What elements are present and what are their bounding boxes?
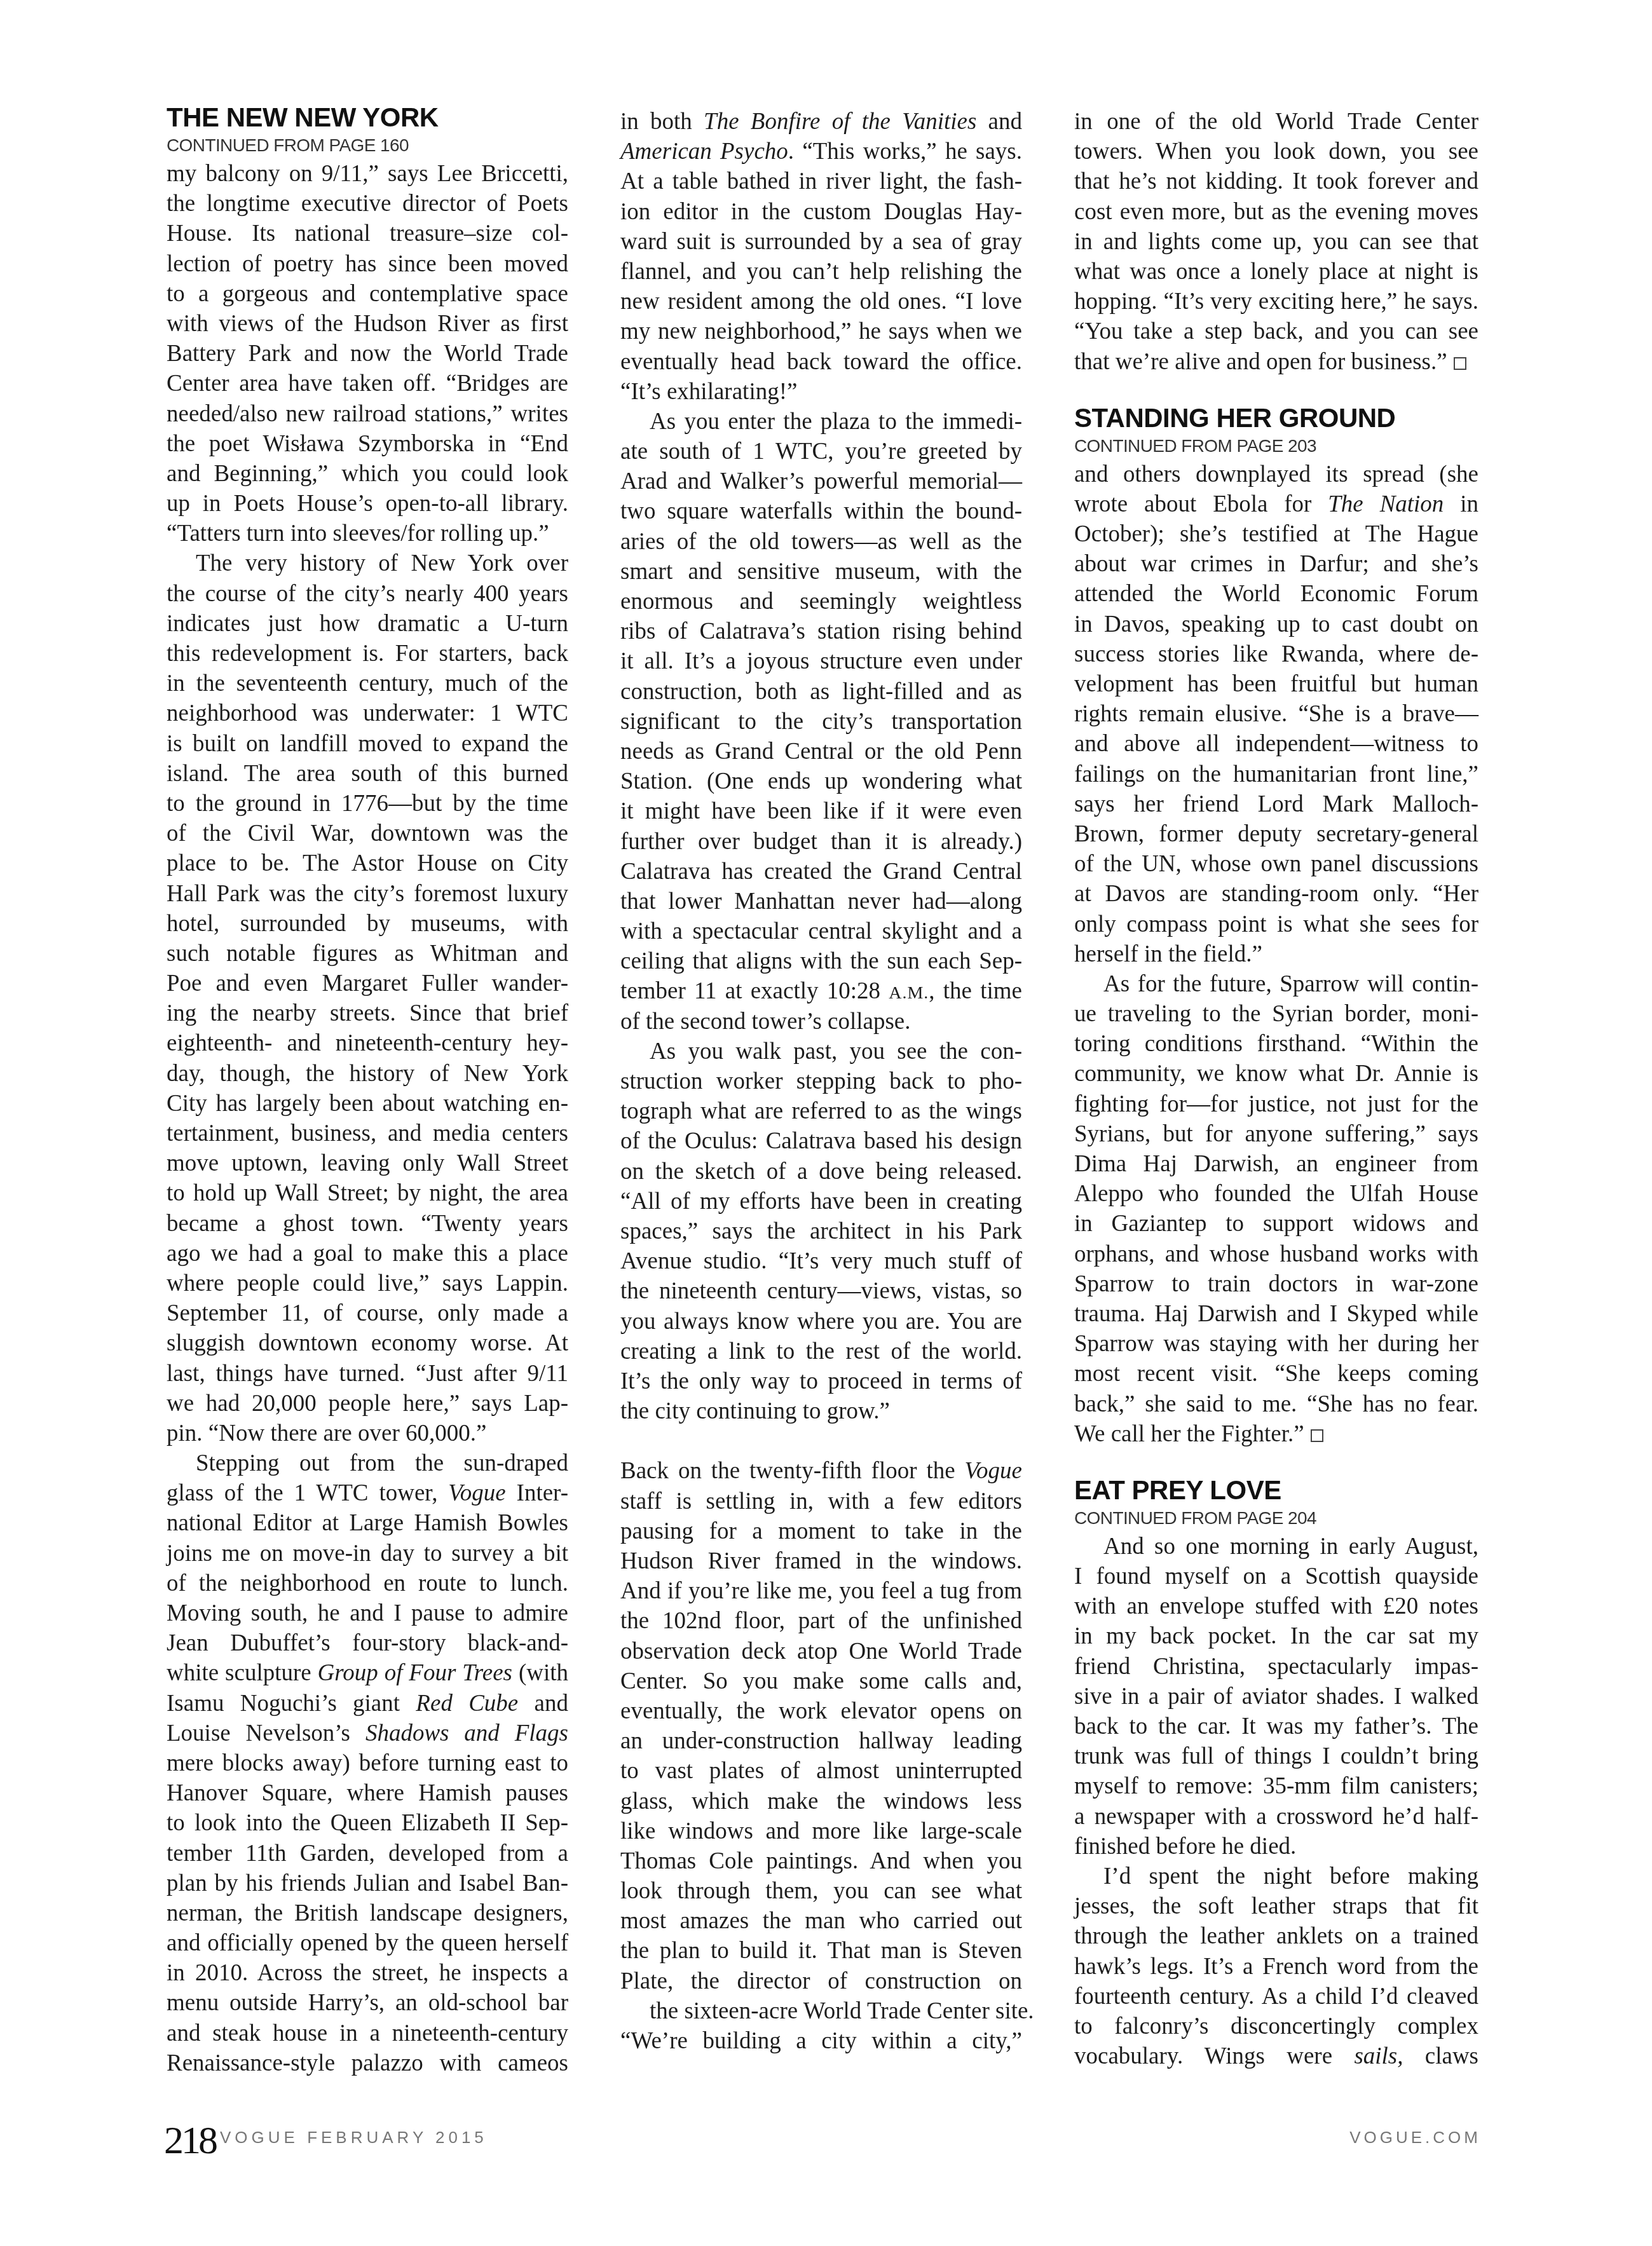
text-line: needed/also new railroad stations,” writ… xyxy=(167,399,568,429)
text-line: back,” she said to me. “She has no fear. xyxy=(1074,1389,1478,1419)
end-of-article-icon xyxy=(1454,357,1466,370)
text-line: an under-construction hallway leading xyxy=(620,1726,1022,1756)
text-line: the 102nd floor, part of the unfinished xyxy=(620,1606,1022,1636)
text-line: to falconry’s disconcertingly complex xyxy=(1074,2011,1478,2041)
text-line: “It’s exhilarating!” xyxy=(620,377,1022,407)
section-title-standing-her-ground: STANDING HER GROUND xyxy=(1074,402,1478,434)
text-line: pin. “Now there are over 60,000.” xyxy=(167,1419,568,1448)
text-line: Stepping out from the sun-draped xyxy=(167,1448,568,1478)
text-line: ago we had a goal to make this a place xyxy=(167,1239,568,1269)
text-line: Center area have taken off. “Bridges are xyxy=(167,369,568,398)
text-line: of the second tower’s collapse. xyxy=(620,1007,1022,1037)
text-line: the city continuing to grow.” xyxy=(620,1396,1022,1426)
text-line: to hold up Wall Street; by night, the ar… xyxy=(167,1178,568,1208)
text-line: says her friend Lord Mark Malloch- xyxy=(1074,789,1478,819)
text-line: towers. When you look down, you see xyxy=(1074,137,1478,167)
text-line: and above all independent—witness to xyxy=(1074,729,1478,759)
text-line: Sparrow was staying with her during her xyxy=(1074,1329,1478,1359)
text-line: neighborhood was underwater: 1 WTC xyxy=(167,698,568,728)
text-line: look through them, you can see what xyxy=(620,1876,1022,1906)
text-line: two square waterfalls within the bound- xyxy=(620,496,1022,526)
text-line: new resident among the old ones. “I love xyxy=(620,287,1022,316)
italic-title: American Psycho xyxy=(620,139,788,165)
text-line: national Editor at Large Hamish Bowles xyxy=(167,1508,568,1538)
text-line: Sparrow to train doctors in war-zone xyxy=(1074,1269,1478,1299)
section-break xyxy=(1074,1449,1478,1474)
text-line: needs as Grand Central or the old Penn xyxy=(620,737,1022,766)
text-line: ribs of Calatrava’s station rising behin… xyxy=(620,616,1022,646)
text-line: tember 11 at exactly 10:28 A.M., the tim… xyxy=(620,976,1022,1006)
text-line: of the neighborhood en route to lunch. xyxy=(167,1569,568,1598)
text-line: sluggish downtown economy worse. At xyxy=(167,1328,568,1358)
section-title-new-new-york: THE NEW NEW YORK xyxy=(167,102,568,133)
text-line: staff is settling in, with a few editors xyxy=(620,1487,1022,1516)
text-line: Renaissance-style palazzo with cameos xyxy=(167,2048,568,2078)
text-line: cost even more, but as the evening moves xyxy=(1074,197,1478,227)
text-line: my new neighborhood,” he says when we xyxy=(620,316,1022,346)
text-line: up in Poets House’s open-to-all library. xyxy=(167,489,568,519)
text-line: aries of the old towers—as well as the xyxy=(620,527,1022,557)
text-line: vocabulary. Wings were sails, claws xyxy=(1074,2041,1478,2071)
text-line: I’d spent the night before making xyxy=(1074,1861,1478,1891)
text-line: in both The Bonfire of the Vanities and xyxy=(620,107,1022,137)
text-line: Hall Park was the city’s foremost luxury xyxy=(167,879,568,909)
text-line: Moving south, he and I pause to admire xyxy=(167,1598,568,1628)
text-line: day, though, the history of New York xyxy=(167,1059,568,1089)
text-line: Hudson River framed in the windows. xyxy=(620,1546,1022,1576)
text-line: on the sketch of a dove being released. xyxy=(620,1157,1022,1187)
text-line: with an envelope stuffed with £20 notes xyxy=(1074,1591,1478,1621)
text-line: became a ghost town. “Twenty years xyxy=(167,1209,568,1239)
text-line: success stories like Rwanda, where de- xyxy=(1074,639,1478,669)
text-line: “Tatters turn into sleeves/for rolling u… xyxy=(167,519,568,548)
text-line: fighting for—for justice, not just for t… xyxy=(1074,1089,1478,1119)
text-line: plan by his friends Julian and Isabel Ba… xyxy=(167,1868,568,1898)
text-line: like windows and more like large-scale xyxy=(620,1816,1022,1846)
text-line: and others downplayed its spread (she xyxy=(1074,459,1478,489)
text-line: most recent visit. “She keeps coming xyxy=(1074,1359,1478,1389)
website-label: VOGUE.COM xyxy=(1349,2128,1481,2147)
text-line: my balcony on 9/11,” says Lee Briccetti, xyxy=(167,159,568,189)
text-line: pausing for a moment to take in the xyxy=(620,1516,1022,1546)
text-line: finished before he died. xyxy=(1074,1832,1478,1861)
text-line: smart and sensitive museum, with the xyxy=(620,557,1022,587)
text-line: ate south of 1 WTC, you’re greeted by xyxy=(620,437,1022,466)
column-2: in both The Bonfire of the Vanities and … xyxy=(620,107,1022,2056)
text-line: at Davos are standing-room only. “Her xyxy=(1074,879,1478,909)
text-line: about war crimes in Darfur; and she’s xyxy=(1074,549,1478,579)
text-line: white sculpture Group of Four Trees (wit… xyxy=(167,1658,568,1688)
text-line: glass of the 1 WTC tower, Vogue Inter- xyxy=(167,1478,568,1508)
text-line: Jean Dubuffet’s four-story black-and- xyxy=(167,1628,568,1658)
text-line: through the leather anklets on a trained xyxy=(1074,1921,1478,1951)
text-line: At a table bathed in river light, the fa… xyxy=(620,167,1022,196)
text-line: in and lights come up, you can see that xyxy=(1074,227,1478,257)
text-line: where people could live,” says Lappin. xyxy=(167,1269,568,1298)
italic-title: The Bonfire of the Vanities xyxy=(704,109,976,135)
text-line: tember 11th Garden, developed from a xyxy=(167,1839,568,1868)
text-line: I found myself on a Scottish quayside xyxy=(1074,1562,1478,1591)
italic-title: Vogue xyxy=(448,1480,505,1506)
text-line: attended the World Economic Forum xyxy=(1074,579,1478,609)
text-line: We call her the Fighter.” xyxy=(1074,1419,1478,1449)
text-line: failings on the humanitarian front line,… xyxy=(1074,759,1478,789)
text-line: friend Christina, spectacularly impas- xyxy=(1074,1652,1478,1682)
text-line: Plate, the director of construction on xyxy=(620,1966,1022,1996)
text-line: “We’re building a city within a city,” xyxy=(620,2026,1022,2056)
text-line: eventually head back toward the office. xyxy=(620,347,1022,377)
text-line: trunk was full of things I couldn’t brin… xyxy=(1074,1741,1478,1771)
italic-title: Shadows and Flags xyxy=(365,1720,568,1746)
text-line: City has largely been about watching en- xyxy=(167,1089,568,1119)
text-line: It’s the only way to proceed in terms of xyxy=(620,1366,1022,1396)
text-line: in one of the old World Trade Center xyxy=(1074,107,1478,137)
text-line: ing the nearby streets. Since that brief xyxy=(167,998,568,1028)
continued-from-label: CONTINUED FROM PAGE 203 xyxy=(1074,434,1478,458)
text-line: ceiling that aligns with the sun each Se… xyxy=(620,946,1022,976)
text-line: in the seventeenth century, much of the xyxy=(167,669,568,698)
text-line: And if you’re like me, you feel a tug fr… xyxy=(620,1576,1022,1606)
text-line: the longtime executive director of Poets xyxy=(167,189,568,219)
text-line: that we’re alive and open for business.” xyxy=(1074,347,1478,377)
text-line: this redevelopment is. For starters, bac… xyxy=(167,639,568,669)
text-line: that lower Manhattan never had—along xyxy=(620,887,1022,916)
text-line: lection of poetry has since been moved xyxy=(167,249,568,279)
text-line: Isamu Noguchi’s giant Red Cube and xyxy=(167,1689,568,1719)
text-line: toring conditions firsthand. “Within the xyxy=(1074,1029,1478,1059)
text-line: most amazes the man who carried out xyxy=(620,1906,1022,1936)
text-line: the plan to build it. That man is Steven xyxy=(620,1936,1022,1966)
text-line: to vast plates of almost uninterrupted xyxy=(620,1756,1022,1786)
text-line: Back on the twenty-fifth floor the Vogue xyxy=(620,1456,1022,1486)
text-line: and Beginning,” which you could look xyxy=(167,459,568,489)
text-line: in Gaziantep to support widows and xyxy=(1074,1209,1478,1239)
text-line: Hanover Square, where Hamish pauses xyxy=(167,1778,568,1808)
text-line: The very history of New York over xyxy=(167,548,568,578)
text-line: Station. (One ends up wondering what xyxy=(620,766,1022,796)
text-line: of the UN, whose own panel discussions xyxy=(1074,849,1478,879)
issue-label: VOGUE FEBRUARY 2015 xyxy=(220,2128,488,2147)
text-line: nerman, the British landscape designers, xyxy=(167,1898,568,1928)
text-line: wrote about Ebola for The Nation in xyxy=(1074,489,1478,519)
text-line: As you enter the plaza to the immedi- xyxy=(620,407,1022,437)
text-line: is built on landfill moved to expand the xyxy=(167,729,568,759)
text-line: in Davos, speaking up to cast doubt on xyxy=(1074,609,1478,639)
text-line: place to be. The Astor House on City xyxy=(167,848,568,878)
text-line: sive in a pair of aviator shades. I walk… xyxy=(1074,1682,1478,1712)
text-line: creating a link to the rest of the world… xyxy=(620,1337,1022,1366)
text-line: indicates just how dramatic a U-turn xyxy=(167,609,568,639)
text-line: island. The area south of this burned xyxy=(167,759,568,789)
text-line: Avenue studio. “It’s very much stuff of xyxy=(620,1246,1022,1276)
text-line: herself in the field.” xyxy=(1074,939,1478,969)
page-number: 218 xyxy=(164,2120,215,2161)
text-line: Arad and Walker’s powerful memorial— xyxy=(620,466,1022,496)
text-line: Aleppo who founded the Ulfah House xyxy=(1074,1179,1478,1209)
continued-from-label: CONTINUED FROM PAGE 204 xyxy=(1074,1506,1478,1530)
text-line: move uptown, leaving only Wall Street xyxy=(167,1148,568,1178)
text-line: with a spectacular central skylight and … xyxy=(620,916,1022,946)
section-break xyxy=(1074,377,1478,402)
text-line: you always know where you are. You are xyxy=(620,1307,1022,1337)
text-line: struction worker stepping back to pho- xyxy=(620,1066,1022,1096)
text-line: in my back pocket. In the car sat my xyxy=(1074,1621,1478,1651)
article-body-new-new-york: my balcony on 9/11,” says Lee Briccetti,… xyxy=(167,159,568,2078)
text-line: hopping. “It’s very exciting here,” he s… xyxy=(1074,287,1478,316)
text-line: orphans, and whose husband works with xyxy=(1074,1239,1478,1269)
text-line: last, things have turned. “Just after 9/… xyxy=(167,1359,568,1389)
text-line: tograph what are referred to as the wing… xyxy=(620,1096,1022,1126)
text-line: Brown, former deputy secretary-general xyxy=(1074,819,1478,849)
text-line: it all. It’s a joyous structure even und… xyxy=(620,646,1022,676)
text-line: the sixteen-acre World Trade Center site… xyxy=(620,1996,1022,2026)
text-line: ward suit is surrounded by a sea of gray xyxy=(620,227,1022,257)
text-line: we had 20,000 people here,” says Lap- xyxy=(167,1389,568,1419)
text-line: jesses, the soft leather straps that fit xyxy=(1074,1891,1478,1921)
text-line: construction, both as light-filled and a… xyxy=(620,677,1022,707)
text-line: flannel, and you can’t help relishing th… xyxy=(620,257,1022,287)
text-line: the poet Wisława Szymborska in “End xyxy=(167,429,568,459)
text-line: such notable figures as Whitman and xyxy=(167,939,568,969)
text-line: in 2010. Across the street, he inspects … xyxy=(167,1958,568,1988)
text-line: American Psycho. “This works,” he says. xyxy=(620,137,1022,167)
text-line: Calatrava has created the Grand Central xyxy=(620,857,1022,887)
text-line: to look into the Queen Elizabeth II Sep- xyxy=(167,1808,568,1838)
text-line: back to the car. It was my father’s. The xyxy=(1074,1712,1478,1741)
text-line: menu outside Harry’s, an old-school bar xyxy=(167,1988,568,2018)
page-footer: 218 VOGUE FEBRUARY 2015 VOGUE.COM xyxy=(164,2120,1481,2161)
text-line: velopment has been fruitful but human xyxy=(1074,669,1478,699)
text-line: Battery Park and now the World Trade xyxy=(167,339,568,369)
text-line: to the ground in 1776—but by the time xyxy=(167,789,568,819)
text-line: further over budget than it is already.) xyxy=(620,827,1022,857)
text-line: the course of the city’s nearly 400 year… xyxy=(167,579,568,609)
text-line: As for the future, Sparrow will contin- xyxy=(1074,969,1478,999)
text-line: trauma. Haj Darwish and I Skyped while xyxy=(1074,1299,1478,1329)
text-line: myself to remove: 35-mm film canisters; xyxy=(1074,1771,1478,1801)
column-3: in one of the old World Trade Center tow… xyxy=(1074,107,1478,2071)
italic-title: Vogue xyxy=(965,1458,1022,1484)
text-line: the nineteenth century—views, vistas, so xyxy=(620,1276,1022,1306)
text-line: Poe and even Margaret Fuller wander- xyxy=(167,969,568,998)
text-line: As you walk past, you see the con- xyxy=(620,1037,1022,1066)
text-line: hotel, surrounded by museums, with xyxy=(167,909,568,939)
continued-from-label: CONTINUED FROM PAGE 160 xyxy=(167,133,568,158)
text-line: Thomas Cole paintings. And when you xyxy=(620,1846,1022,1876)
text-line: hawk’s legs. It’s a French word from the xyxy=(1074,1952,1478,1982)
text-line: eighteenth- and nineteenth-century hey- xyxy=(167,1028,568,1058)
text-line: and steak house in a nineteenth-century xyxy=(167,2018,568,2048)
text-line: and officially opened by the queen herse… xyxy=(167,1928,568,1958)
text-line: House. Its national treasure–size col- xyxy=(167,219,568,248)
text-line: significant to the city’s transportation xyxy=(620,707,1022,737)
text-line: “All of my efforts have been in creating xyxy=(620,1187,1022,1216)
text-line: Center. So you make some calls and, xyxy=(620,1666,1022,1696)
text-line: ue traveling to the Syrian border, moni- xyxy=(1074,999,1478,1029)
text-line: with views of the Hudson River as first xyxy=(167,309,568,339)
text-line: And so one morning in early August, xyxy=(1074,1532,1478,1562)
text-line: ion editor in the custom Douglas Hay- xyxy=(620,197,1022,227)
text-line: fourteenth century. As a child I’d cleav… xyxy=(1074,1982,1478,2011)
text-line: to a gorgeous and contemplative space xyxy=(167,279,568,309)
text-line: Louise Nevelson’s Shadows and Flags xyxy=(167,1719,568,1748)
text-line: joins me on move-in day to survey a bit xyxy=(167,1539,568,1569)
text-line: mere blocks away) before turning east to xyxy=(167,1748,568,1778)
text-line: eventually, the work elevator opens on xyxy=(620,1696,1022,1726)
text-line: October); she’s testified at The Hague xyxy=(1074,519,1478,549)
text-line: what was once a lonely place at night is xyxy=(1074,257,1478,287)
italic-title: The Nation xyxy=(1328,491,1444,517)
text-line: community, we know what Dr. Annie is xyxy=(1074,1059,1478,1089)
italic-term: sails, xyxy=(1354,2043,1403,2069)
text-line: “You take a step back, and you can see xyxy=(1074,316,1478,346)
text-line: Dima Haj Darwish, an engineer from xyxy=(1074,1149,1478,1179)
text-line: of the Civil War, downtown was the xyxy=(167,819,568,848)
text-line: of the Oculus: Calatrava based his desig… xyxy=(620,1126,1022,1156)
text-line: enormous and seemingly weightless xyxy=(620,587,1022,616)
italic-title: Red Cube xyxy=(416,1691,518,1717)
text-line: a newspaper with a crossword he’d half- xyxy=(1074,1802,1478,1832)
text-line: glass, which make the windows less xyxy=(620,1787,1022,1816)
text-line: September 11, of course, only made a xyxy=(167,1298,568,1328)
text-line: Syrians, but for anyone suffering,” says xyxy=(1074,1119,1478,1149)
end-of-article-icon xyxy=(1311,1429,1323,1442)
section-break xyxy=(620,1426,1022,1456)
text-line: rights remain elusive. “She is a brave— xyxy=(1074,699,1478,729)
text-line: that he’s not kidding. It took forever a… xyxy=(1074,167,1478,196)
text-line: only compass point is what she sees for xyxy=(1074,909,1478,939)
section-title-eat-prey-love: EAT PREY LOVE xyxy=(1074,1474,1478,1506)
italic-title: Group of Four Trees xyxy=(318,1660,512,1686)
text-line: tertainment, business, and media centers xyxy=(167,1119,568,1148)
text-line: it might have been like if it were even xyxy=(620,796,1022,826)
column-1: THE NEW NEW YORK CONTINUED FROM PAGE 160… xyxy=(167,102,568,2078)
text-line: spaces,” says the architect in his Park xyxy=(620,1216,1022,1246)
text-line: observation deck atop One World Trade xyxy=(620,1637,1022,1666)
